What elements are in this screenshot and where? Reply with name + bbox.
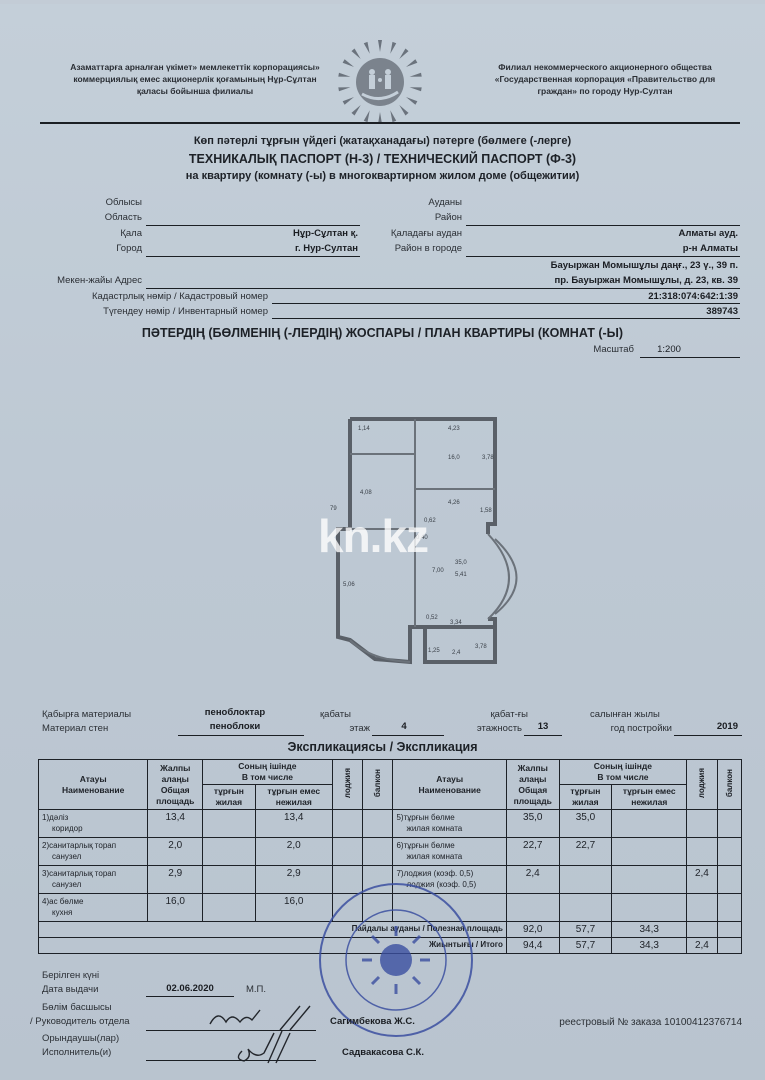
inventory-label: Түгендеу нөмір / Инвентарный номер	[30, 306, 268, 317]
dim-label: 2,4	[452, 650, 461, 656]
room-name: 3)санитарлық торапсанузел	[39, 866, 148, 894]
cell-loggia: 2,4	[687, 866, 717, 894]
room-name: 6)тұрғын бөлмежилая комната	[393, 838, 506, 866]
dim-label: 4,08	[360, 490, 372, 496]
table-row: 2)санитарлық торапсанузел2,02,06)тұрғын …	[39, 838, 742, 866]
cell-nonliving	[612, 866, 687, 894]
floors-label-kz: қабат-ғы	[468, 709, 528, 720]
cell-balcony	[717, 894, 741, 922]
col-header-balcony: балкон	[363, 760, 393, 810]
cell-balcony	[717, 838, 741, 866]
registry-number: реестровый № заказа 10100412376714	[470, 1017, 742, 1028]
cadastral-value: 21:318:074:642:1:39	[400, 291, 738, 302]
year-line	[674, 735, 742, 736]
explication-title: Экспликациясы / Экспликация	[0, 740, 765, 754]
cell-total: 16,0	[148, 894, 203, 922]
year-label-kz: салынған жылы	[590, 709, 684, 720]
org-kz-line: коммерциялық емес акционерлік қоғамының …	[50, 73, 340, 85]
col-header-including: Соның ішіндеВ том числе	[203, 760, 333, 785]
col-header-loggia: лоджия	[687, 760, 717, 810]
org-kz-line: Азаматтарға арналған үкімет» мемлекеттік…	[50, 61, 340, 73]
dim-label: 0,52	[426, 615, 438, 621]
org-ru-line: граждан» по городу Нур-Султан	[460, 85, 750, 97]
exec-label-kz: Орындаушы(лар)	[42, 1033, 162, 1044]
cell-balcony	[363, 838, 393, 866]
dim-label: 3,34	[450, 620, 462, 626]
cell-living	[203, 838, 256, 866]
address-label: Мекен-жайы Адрес	[30, 275, 142, 286]
col-header-including: Соның ішіндеВ том числе	[559, 760, 687, 785]
org-name-kz: Азаматтарға арналған үкімет» мемлекеттік…	[50, 61, 340, 97]
cell-balcony	[363, 810, 393, 838]
floor-value: 4	[374, 721, 434, 732]
raion-line	[466, 225, 740, 226]
cell-living	[559, 894, 612, 922]
city-label-ru: Город	[60, 243, 142, 254]
org-ru-line: «Государственная корпорация «Правительст…	[460, 73, 750, 85]
plan-title: ПӘТЕРДІҢ (БӨЛМЕНІҢ (-ЛЕРДІҢ) ЖОСПАРЫ / П…	[0, 326, 765, 340]
inventory-value: 389743	[400, 306, 738, 317]
dim-label: 7,00	[432, 568, 444, 574]
col-header-nonliving: тұрғын емеснежилая	[255, 785, 332, 810]
cell-balcony	[717, 866, 741, 894]
wall-label-ru: Материал стен	[42, 723, 162, 734]
dim-label: 1,58	[480, 508, 492, 514]
city-district-line	[466, 256, 740, 257]
scale-line	[640, 357, 740, 358]
city-district-value-kz: Алматы ауд.	[470, 228, 738, 239]
cell-total: 2,9	[148, 866, 203, 894]
cell-living	[203, 810, 256, 838]
org-kz-line: қаласы бойынша филиалы	[50, 85, 340, 97]
cell-nonliving	[612, 838, 687, 866]
dim-label: 3,78	[482, 455, 494, 461]
floor-line	[372, 735, 444, 736]
col-header-balcony: балкон	[717, 760, 741, 810]
oblast-label-kz: Облысы	[60, 197, 142, 208]
issue-date: 02.06.2020	[150, 983, 230, 994]
col-header-name: АтауыНаименование	[393, 760, 506, 810]
address-value-ru: пр. Бауыржан Момышұлы, д. 23, кв. 39	[400, 275, 738, 286]
inventory-line	[272, 318, 740, 319]
cell-living	[203, 866, 256, 894]
issue-date-line	[146, 996, 234, 997]
year-label-ru: год постройки	[580, 723, 672, 734]
room-name: 5)тұрғын бөлмежилая комната	[393, 810, 506, 838]
dim-label: 5,06	[343, 582, 355, 588]
head-name: Сагимбекова Ж.С.	[330, 1016, 470, 1027]
cell-living: 22,7	[559, 838, 612, 866]
wall-line	[178, 735, 304, 736]
cell-loggia	[687, 894, 717, 922]
address-line	[146, 288, 740, 289]
room-name: 1)дәлізкоридор	[39, 810, 148, 838]
cell-total: 2,4	[506, 866, 559, 894]
org-ru-line: Филиал некоммерческого акционерного обще…	[460, 61, 750, 73]
floor-label-kz: қабаты	[320, 709, 380, 720]
header-divider	[40, 122, 740, 124]
exec-name: Садвакасова С.К.	[342, 1047, 482, 1058]
floor-label-ru: этаж	[320, 723, 370, 734]
head-signature	[200, 1004, 320, 1032]
passport-page: Азаматтарға арналған үкімет» мемлекеттік…	[0, 4, 765, 1080]
cell-total: 35,0	[506, 810, 559, 838]
table-row: 1)дәлізкоридор13,413,45)тұрғын бөлмежила…	[39, 810, 742, 838]
city-line	[146, 256, 360, 257]
issue-label-kz: Берілген күні	[42, 970, 162, 981]
wall-value-kz: пеноблоктар	[180, 707, 290, 718]
cadastral-line	[272, 303, 740, 304]
cell-total	[506, 894, 559, 922]
dim-label: 5,41	[455, 572, 467, 578]
room-name: 2)санитарлық торапсанузел	[39, 838, 148, 866]
mp-label: М.П.	[246, 984, 276, 995]
exec-signature-line	[146, 1060, 316, 1061]
cell-loggia	[687, 838, 717, 866]
cell-nonliving: 13,4	[255, 810, 332, 838]
cell-total: 2,0	[148, 838, 203, 866]
dim-label: 16,0	[448, 455, 460, 461]
sun-family-logo-icon	[330, 34, 430, 124]
floors-value: 13	[526, 721, 560, 732]
wall-label-kz: Қабырға материалы	[42, 709, 162, 720]
head-label-kz: Бөлім басшысы	[42, 1002, 162, 1013]
city-label-kz: Қала	[60, 228, 142, 239]
cell-balcony	[717, 810, 741, 838]
cell-total: 22,7	[506, 838, 559, 866]
city-value-kz: Нұр-Сұлтан қ.	[150, 228, 358, 239]
scale-value: 1:200	[640, 344, 698, 355]
dim-label: 4,26	[448, 500, 460, 506]
org-name-ru: Филиал некоммерческого акционерного обще…	[460, 61, 750, 97]
wall-value-ru: пеноблоки	[180, 721, 290, 732]
exec-label-ru: Исполнитель(и)	[42, 1047, 162, 1058]
oblast-line	[146, 225, 360, 226]
doc-title-ru: на квартиру (комнату (-ы) в многоквартир…	[0, 170, 765, 182]
cell-nonliving: 2,0	[255, 838, 332, 866]
address-value-kz: Бауыржан Момышұлы даңғ., 23 ү., 39 п.	[400, 260, 738, 271]
city-value-ru: г. Нур-Султан	[150, 243, 358, 254]
city-district-label-ru: Район в городе	[360, 243, 462, 254]
cell-nonliving	[612, 810, 687, 838]
cell-loggia	[332, 838, 362, 866]
floors-label-ru: этажность	[458, 723, 522, 734]
head-label-ru: / Руководитель отдела	[30, 1016, 160, 1027]
col-header-living: тұрғынжилая	[559, 785, 612, 810]
cell-loggia	[687, 810, 717, 838]
doc-title-main: ТЕХНИКАЛЫҚ ПАСПОРТ (Н-3) / ТЕХНИЧЕСКИЙ П…	[0, 152, 765, 166]
dim-label: 3,78	[475, 644, 487, 650]
dim-label: 4,23	[448, 426, 460, 432]
year-value: 2019	[676, 721, 738, 732]
cadastral-label: Кадастрлық нөмір / Кадастровый номер	[30, 291, 268, 302]
col-header-total: ЖалпыалаңыОбщаяплощадь	[506, 760, 559, 810]
city-district-value-ru: р-н Алматы	[470, 243, 738, 254]
raion-label-kz: Ауданы	[360, 197, 462, 208]
issue-label-ru: Дата выдачи	[42, 984, 162, 995]
city-district-label-kz: Қаладағы аудан	[360, 228, 462, 239]
doc-title-kz: Көп пәтерлі тұрғын үйдегі (жатақханадағы…	[0, 135, 765, 147]
floors-line	[524, 735, 562, 736]
cell-living	[203, 894, 256, 922]
raion-label-ru: Район	[360, 212, 462, 223]
col-header-nonliving: тұрғын емеснежилая	[612, 785, 687, 810]
dim-label: 35,0	[455, 560, 467, 566]
cell-loggia	[332, 810, 362, 838]
watermark: kn.kz	[318, 509, 428, 563]
cell-living	[559, 866, 612, 894]
col-header-living: тұрғынжилая	[203, 785, 256, 810]
cell-total: 13,4	[148, 810, 203, 838]
dim-label: 1,14	[358, 426, 370, 432]
col-header-name: АтауыНаименование	[39, 760, 148, 810]
cell-living: 35,0	[559, 810, 612, 838]
cell-nonliving	[612, 894, 687, 922]
scale-label: Масштаб	[560, 344, 634, 355]
col-header-loggia: лоджия	[332, 760, 362, 810]
room-name: 4)ас бөлмекухня	[39, 894, 148, 922]
col-header-total: ЖалпыалаңыОбщаяплощадь	[148, 760, 203, 810]
oblast-label-ru: Область	[60, 212, 142, 223]
dim-label: 1,25	[428, 648, 440, 654]
